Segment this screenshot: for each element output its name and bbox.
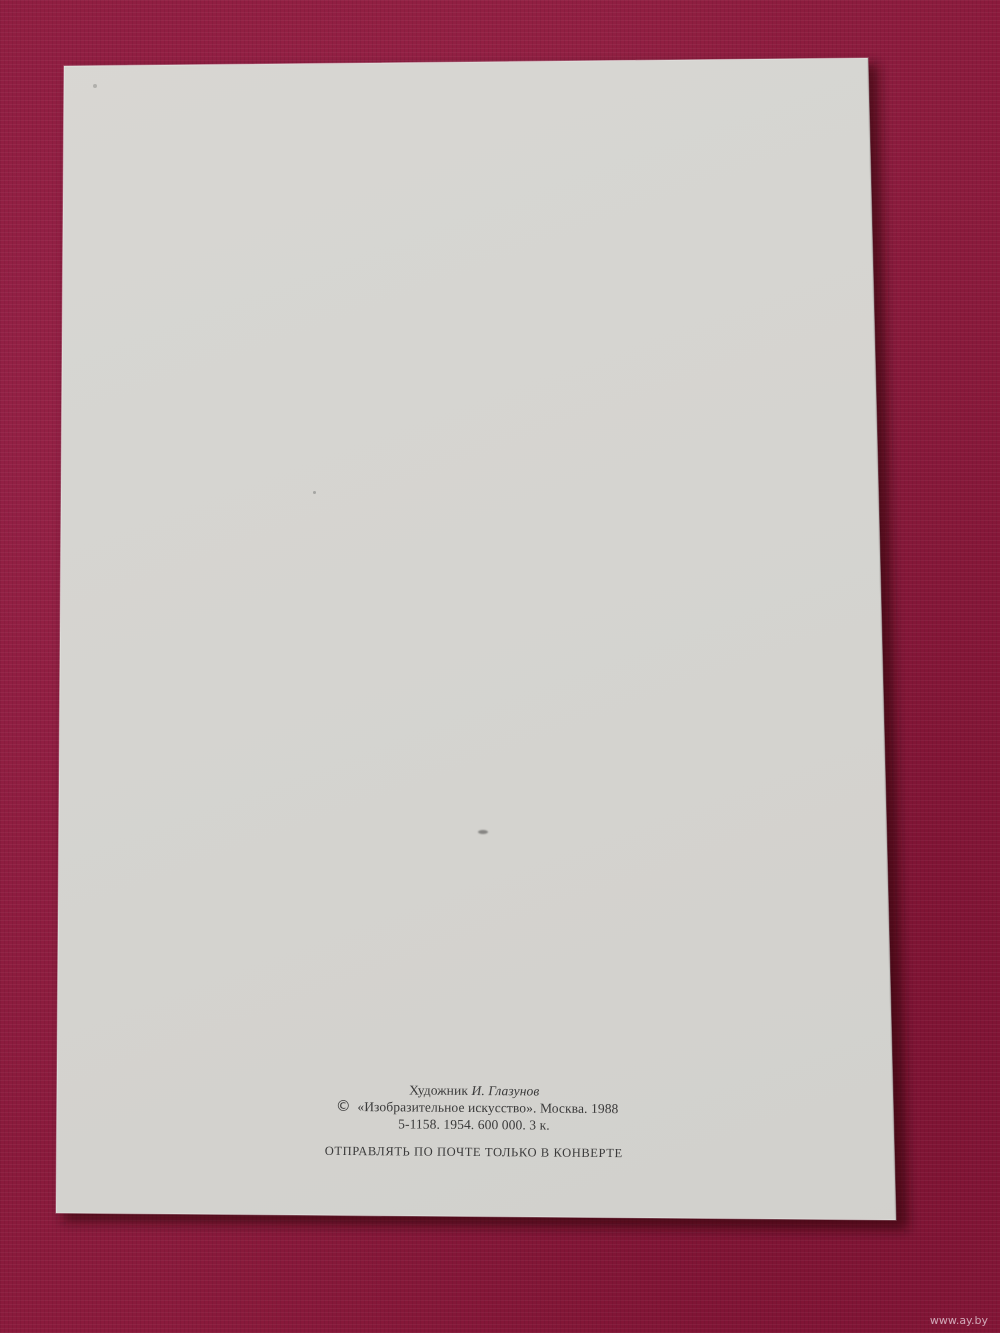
publisher-imprint: Художник И. Глазунов © «Изобразительное … — [0, 1078, 948, 1163]
paper-speck — [313, 491, 316, 494]
paper-speck — [478, 830, 488, 834]
artist-label: Художник — [409, 1082, 468, 1097]
site-watermark: www.ay.by — [930, 1314, 988, 1327]
publisher-text: «Изобразительное искусство». Москва. 198… — [357, 1099, 618, 1116]
copyright-icon: © — [336, 1097, 351, 1115]
paper-speck — [93, 84, 97, 88]
artist-name: И. Глазунов — [471, 1083, 539, 1099]
